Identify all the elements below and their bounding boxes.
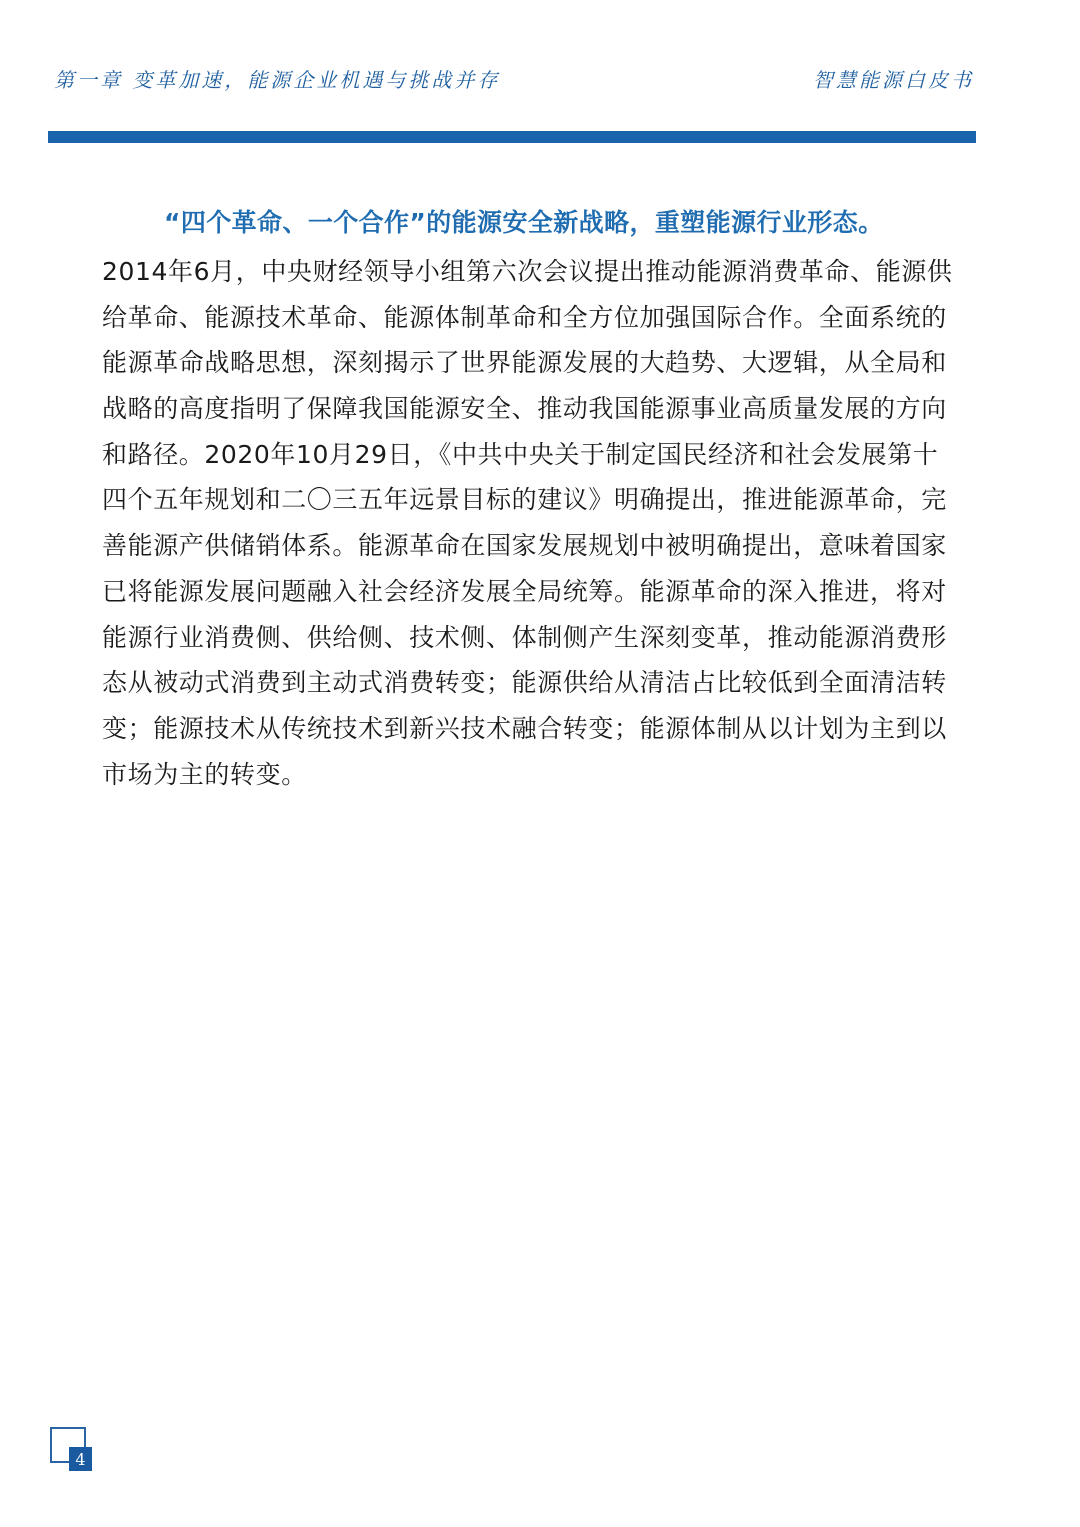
section-heading: “四个革命、一个合作”的能源安全新战略，重塑能源行业形态。 <box>102 203 942 243</box>
paragraph-line: 态从被动式消费到主动式消费转变；能源供给从清洁占比较低到全面清洁转 <box>102 660 942 706</box>
paragraph-line: 市场为主的转变。 <box>102 752 942 798</box>
page-content: “四个革命、一个合作”的能源安全新战略，重塑能源行业形态。 2014年6月，中央… <box>102 203 942 797</box>
paragraph-line: 战略的高度指明了保障我国能源安全、推动我国能源事业高质量发展的方向 <box>102 386 942 432</box>
body-paragraph: 2014年6月，中央财经领导小组第六次会议提出推动能源消费革命、能源供 给革命、… <box>102 249 942 797</box>
paragraph-line: 能源行业消费侧、供给侧、技术侧、体制侧产生深刻变革，推动能源消费形 <box>102 615 942 661</box>
paragraph-line: 能源革命战略思想，深刻揭示了世界能源发展的大趋势、大逻辑，从全局和 <box>102 340 942 386</box>
header-divider-bar <box>48 131 976 143</box>
paragraph-line: 2014年6月，中央财经领导小组第六次会议提出推动能源消费革命、能源供 <box>102 249 942 295</box>
page-number-badge: 4 <box>50 1427 94 1473</box>
chapter-title: 第一章 变革加速，能源企业机遇与挑战并存 <box>54 64 500 93</box>
paragraph-line: 给革命、能源技术革命、能源体制革命和全方位加强国际合作。全面系统的 <box>102 295 942 341</box>
page-number: 4 <box>69 1447 92 1471</box>
paragraph-line: 四个五年规划和二〇三五年远景目标的建议》明确提出，推进能源革命，完 <box>102 477 942 523</box>
paragraph-line: 和路径。2020年10月29日，《中共中央关于制定国民经济和社会发展第十 <box>102 432 942 478</box>
paragraph-line: 变；能源技术从传统技术到新兴技术融合转变；能源体制从以计划为主到以 <box>102 706 942 752</box>
paragraph-line: 已将能源发展问题融入社会经济发展全局统筹。能源革命的深入推进，将对 <box>102 569 942 615</box>
book-title: 智慧能源白皮书 <box>813 64 974 93</box>
paragraph-line: 善能源产供储销体系。能源革命在国家发展规划中被明确提出，意味着国家 <box>102 523 942 569</box>
